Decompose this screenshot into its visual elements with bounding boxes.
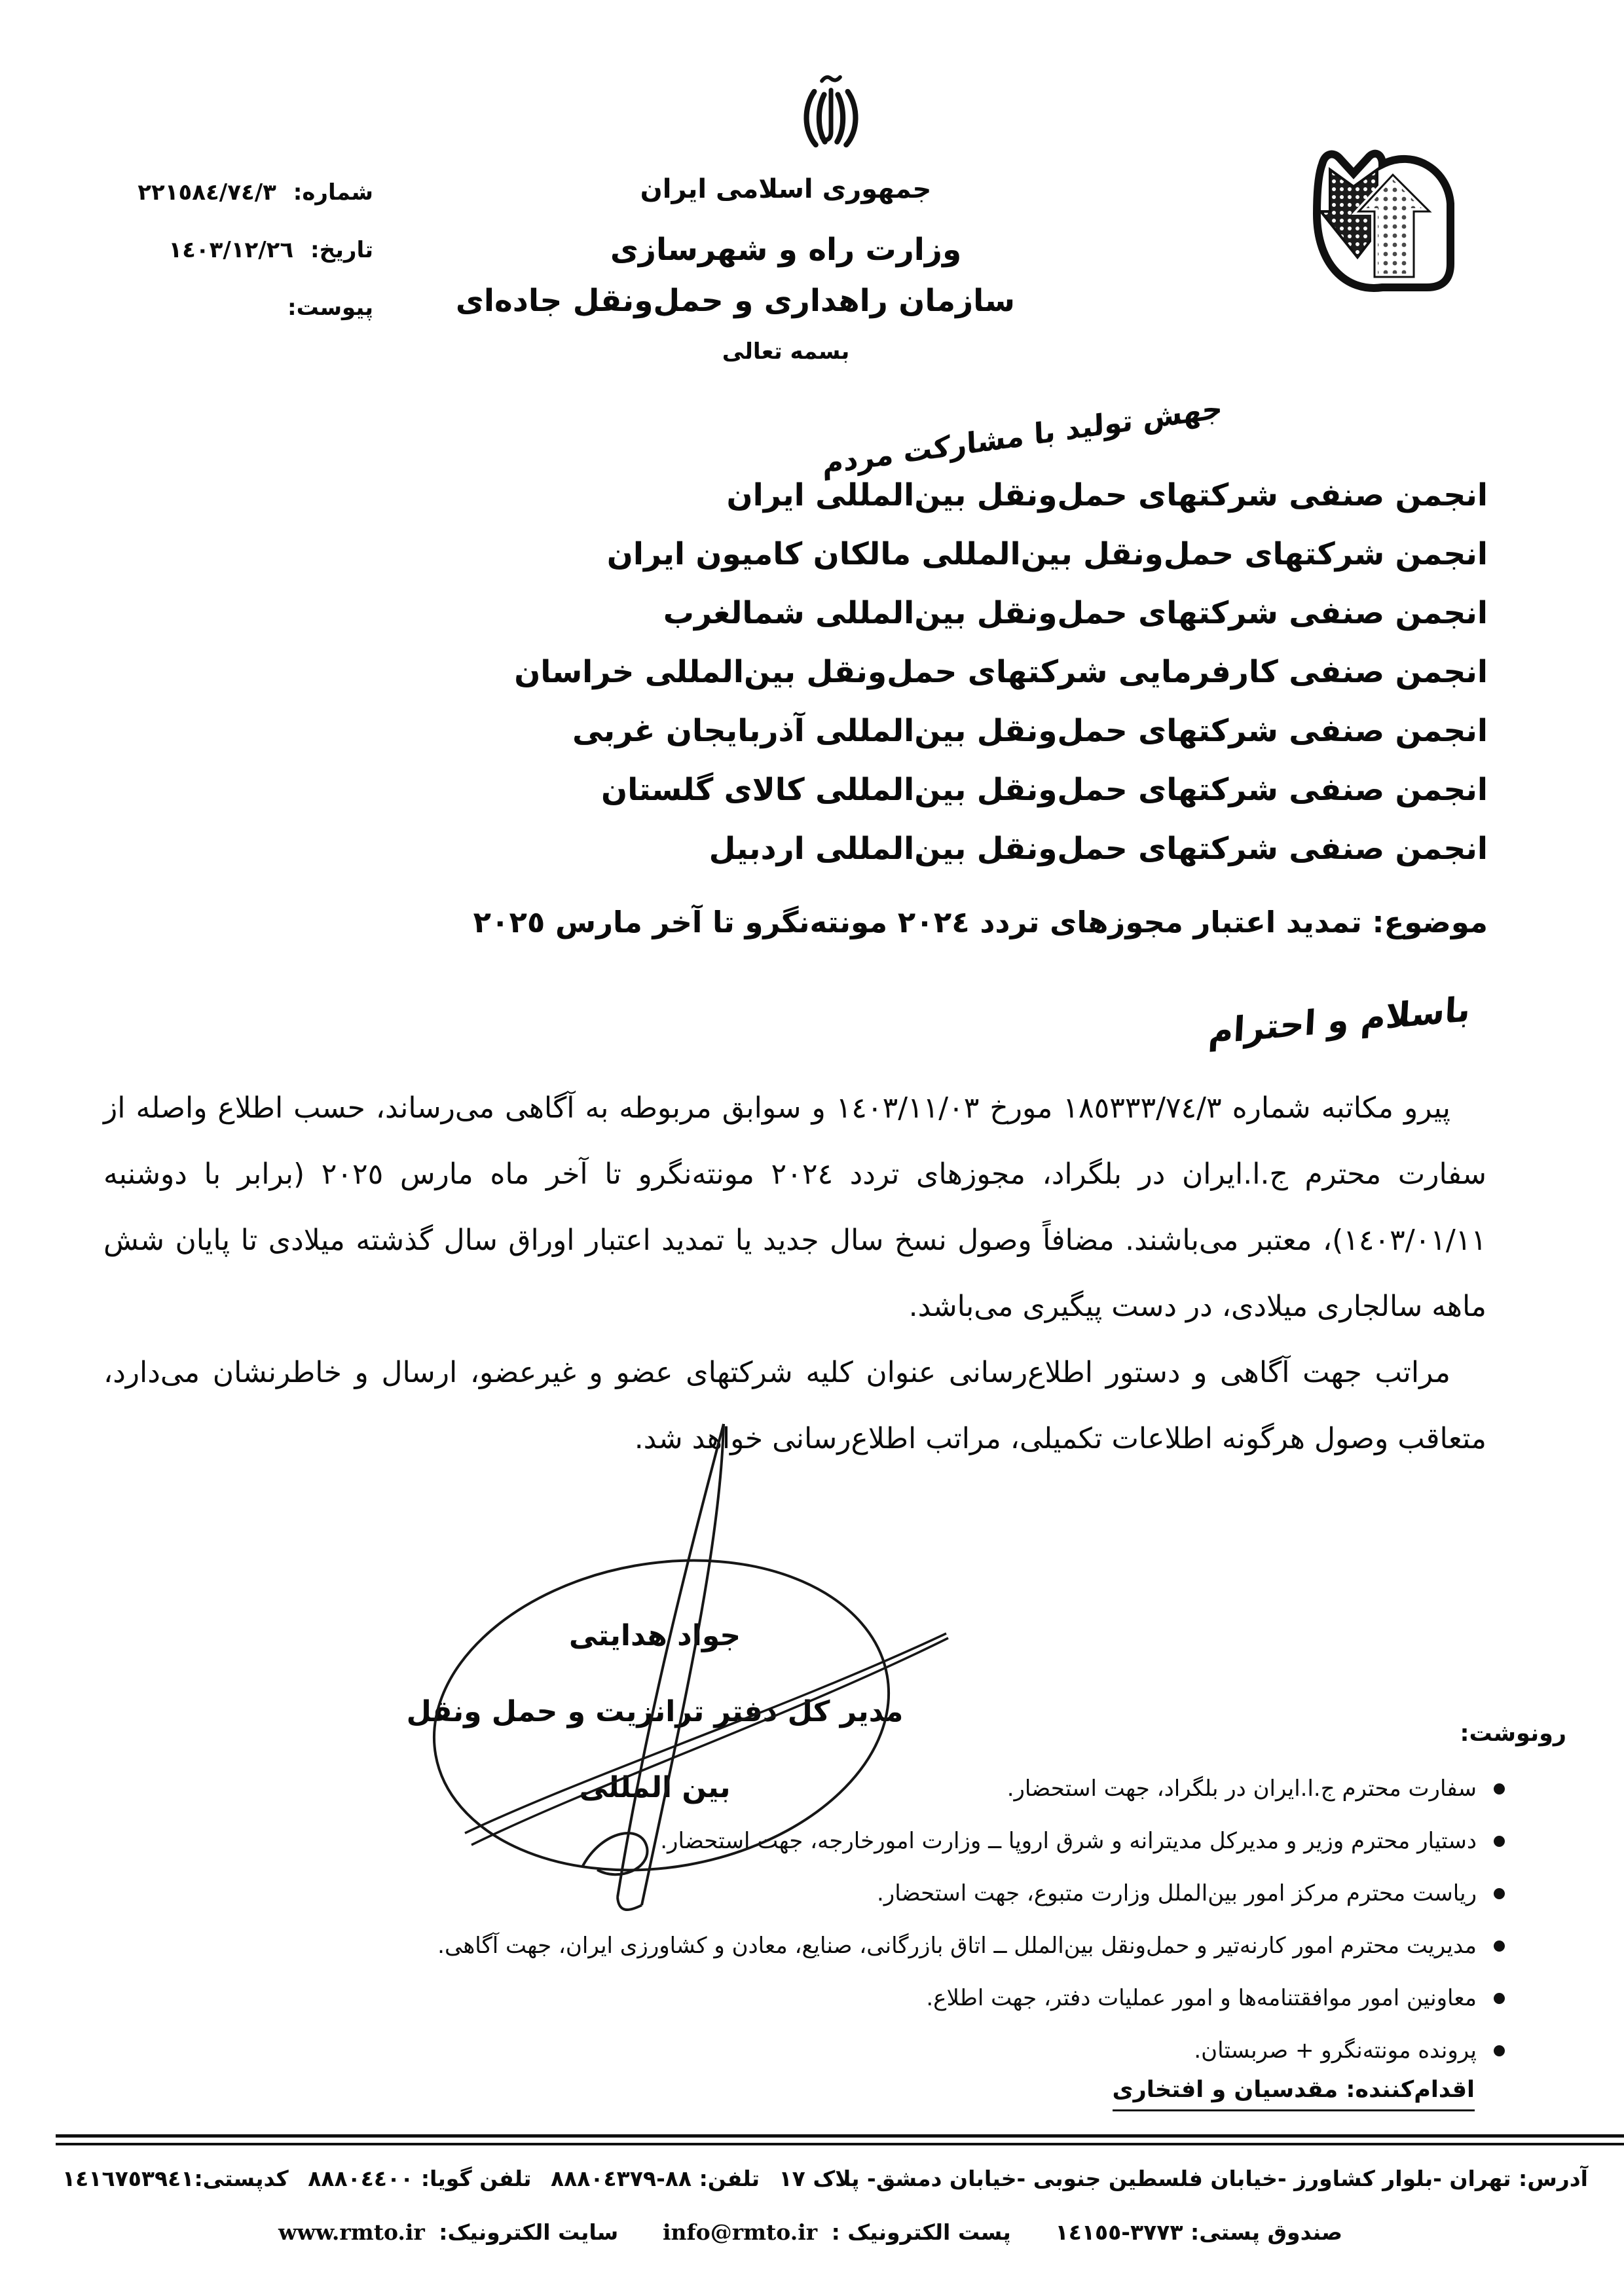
cc-item: ریاست محترم مرکز امور بین‌الملل وزارت مت… bbox=[877, 1867, 1505, 1920]
recipient-line: انجمن صنفی شرکتهای حمل‌ونقل بین‌المللی ا… bbox=[514, 820, 1488, 879]
recipient-line: انجمن صنفی شرکتهای حمل‌ونقل بین‌المللی ک… bbox=[514, 761, 1488, 820]
recipient-line: انجمن صنفی کارفرمایی شرکتهای حمل‌ونقل بی… bbox=[514, 643, 1488, 702]
bullet-icon bbox=[1494, 1836, 1505, 1847]
footer-web-row: صندوق پستی: ٣٧٧٣-١٤١٥٥ پست الکترونیک : i… bbox=[278, 2219, 1342, 2245]
footer-website-label: سایت الکترونیک: bbox=[439, 2219, 618, 2245]
footer-phone: تلفن: ٨٨-٨٨٨٠٤٣٧٩ bbox=[551, 2166, 760, 2191]
recipient-line: انجمن صنفی شرکتهای حمل‌ونقل بین‌المللی آ… bbox=[514, 702, 1488, 761]
letter-meta-block: شماره: ٢٢١٥٨٤/٧٤/٣ تاریخ: ١٤٠٣/١٢/٢٦ پیو… bbox=[134, 164, 373, 337]
footer-email-label: پست الکترونیک : bbox=[832, 2219, 1011, 2245]
iran-emblem-icon bbox=[792, 73, 870, 153]
letterhead-ministry: وزارت راه و شهرسازی bbox=[557, 232, 1015, 268]
footer-contact-row: آدرس: تهران -بلوار کشاورز -خیابان فلسطین… bbox=[62, 2166, 1588, 2191]
letter-date-value: ١٤٠٣/١٢/٢٦ bbox=[168, 237, 293, 263]
footer-voice-phone: تلفن گویا: ٨٨٨٠٤٤٠٠ bbox=[308, 2166, 531, 2191]
cc-item: پرونده مونته‌نگرو + صربستان. bbox=[1194, 2024, 1505, 2077]
letter-date-row: تاریخ: ١٤٠٣/١٢/٢٦ bbox=[134, 221, 373, 279]
letter-number-row: شماره: ٢٢١٥٨٤/٧٤/٣ bbox=[134, 164, 373, 221]
footer-address: آدرس: تهران -بلوار کشاورز -خیابان فلسطین… bbox=[779, 2166, 1588, 2191]
bullet-icon bbox=[1494, 1888, 1505, 1899]
recipient-list: انجمن صنفی شرکتهای حمل‌ونقل بین‌المللی ا… bbox=[514, 466, 1488, 879]
rmto-arrows-logo-icon bbox=[1299, 128, 1469, 302]
besmele-invocation: بسمه تعالی bbox=[557, 338, 1015, 365]
cc-item-text: پرونده مونته‌نگرو + صربستان. bbox=[1194, 2024, 1477, 2077]
bullet-icon bbox=[1494, 1783, 1505, 1795]
footer-postal-code: کدپستی:١٤١٦٧٥٣٩٤١ bbox=[62, 2166, 289, 2191]
letter-page: شماره: ٢٢١٥٨٤/٧٤/٣ تاریخ: ١٤٠٣/١٢/٢٦ پیو… bbox=[0, 0, 1624, 2296]
letterhead-organization: سازمان راهداری و حمل‌ونقل جاده‌ای bbox=[557, 283, 1015, 319]
footer-po-box: صندوق پستی: ٣٧٧٣-١٤١٥٥ bbox=[1056, 2219, 1342, 2245]
letter-number-value: ٢٢١٥٨٤/٧٤/٣ bbox=[138, 179, 276, 206]
cc-label: رونوشت: bbox=[1460, 1721, 1566, 1747]
handler-line: اقدام‌کننده: مقدسیان و افتخاری bbox=[1113, 2077, 1475, 2111]
letter-attachment-label: پیوست: bbox=[287, 295, 373, 321]
footer-website-url: www.rmto.ir bbox=[278, 2219, 425, 2245]
letter-date-label: تاریخ: bbox=[310, 237, 373, 263]
footer-email-address: info@rmto.ir bbox=[663, 2219, 817, 2245]
cc-item-text: معاونین امور موافقتنامه‌ها و امور عملیات… bbox=[926, 1972, 1477, 2024]
body-paragraph-1: پیرو مکاتبه شماره ١٨٥٣٣٣/٧٤/٣ مورخ ١٤٠٣/… bbox=[103, 1075, 1486, 1339]
cc-item: سفارت محترم ج.ا.ایران در بلگراد، جهت است… bbox=[1007, 1762, 1505, 1815]
footer-email: پست الکترونیک : info@rmto.ir bbox=[663, 2219, 1011, 2245]
bullet-icon bbox=[1494, 1993, 1505, 2004]
footer-rule bbox=[56, 2134, 1624, 2138]
bullet-icon bbox=[1494, 2045, 1505, 2056]
greeting-calligraphy: باسلام و احترام bbox=[1208, 990, 1471, 1052]
subject-line: موضوع: تمدید اعتبار مجوزهای تردد ٢٠٢٤ مو… bbox=[473, 905, 1488, 939]
footer-rule bbox=[56, 2143, 1624, 2145]
bullet-icon bbox=[1494, 1941, 1505, 1952]
footer-website: سایت الکترونیک: www.rmto.ir bbox=[278, 2219, 618, 2245]
letter-number-label: شماره: bbox=[293, 179, 373, 206]
letterhead-country: جمهوری اسلامی ایران bbox=[557, 174, 1015, 204]
recipient-line: انجمن صنفی شرکتهای حمل‌ونقل بین‌المللی ا… bbox=[514, 466, 1488, 525]
cc-item: معاونین امور موافقتنامه‌ها و امور عملیات… bbox=[926, 1972, 1505, 2024]
letter-attachment-row: پیوست: bbox=[134, 279, 373, 337]
handwritten-signature-icon bbox=[367, 1408, 969, 1951]
recipient-line: انجمن صنفی شرکتهای حمل‌ونقل بین‌المللی ش… bbox=[514, 584, 1488, 643]
recipient-line: انجمن شرکتهای حمل‌ونقل بین‌المللی مالکان… bbox=[514, 525, 1488, 584]
cc-item-text: سفارت محترم ج.ا.ایران در بلگراد، جهت است… bbox=[1007, 1762, 1477, 1815]
